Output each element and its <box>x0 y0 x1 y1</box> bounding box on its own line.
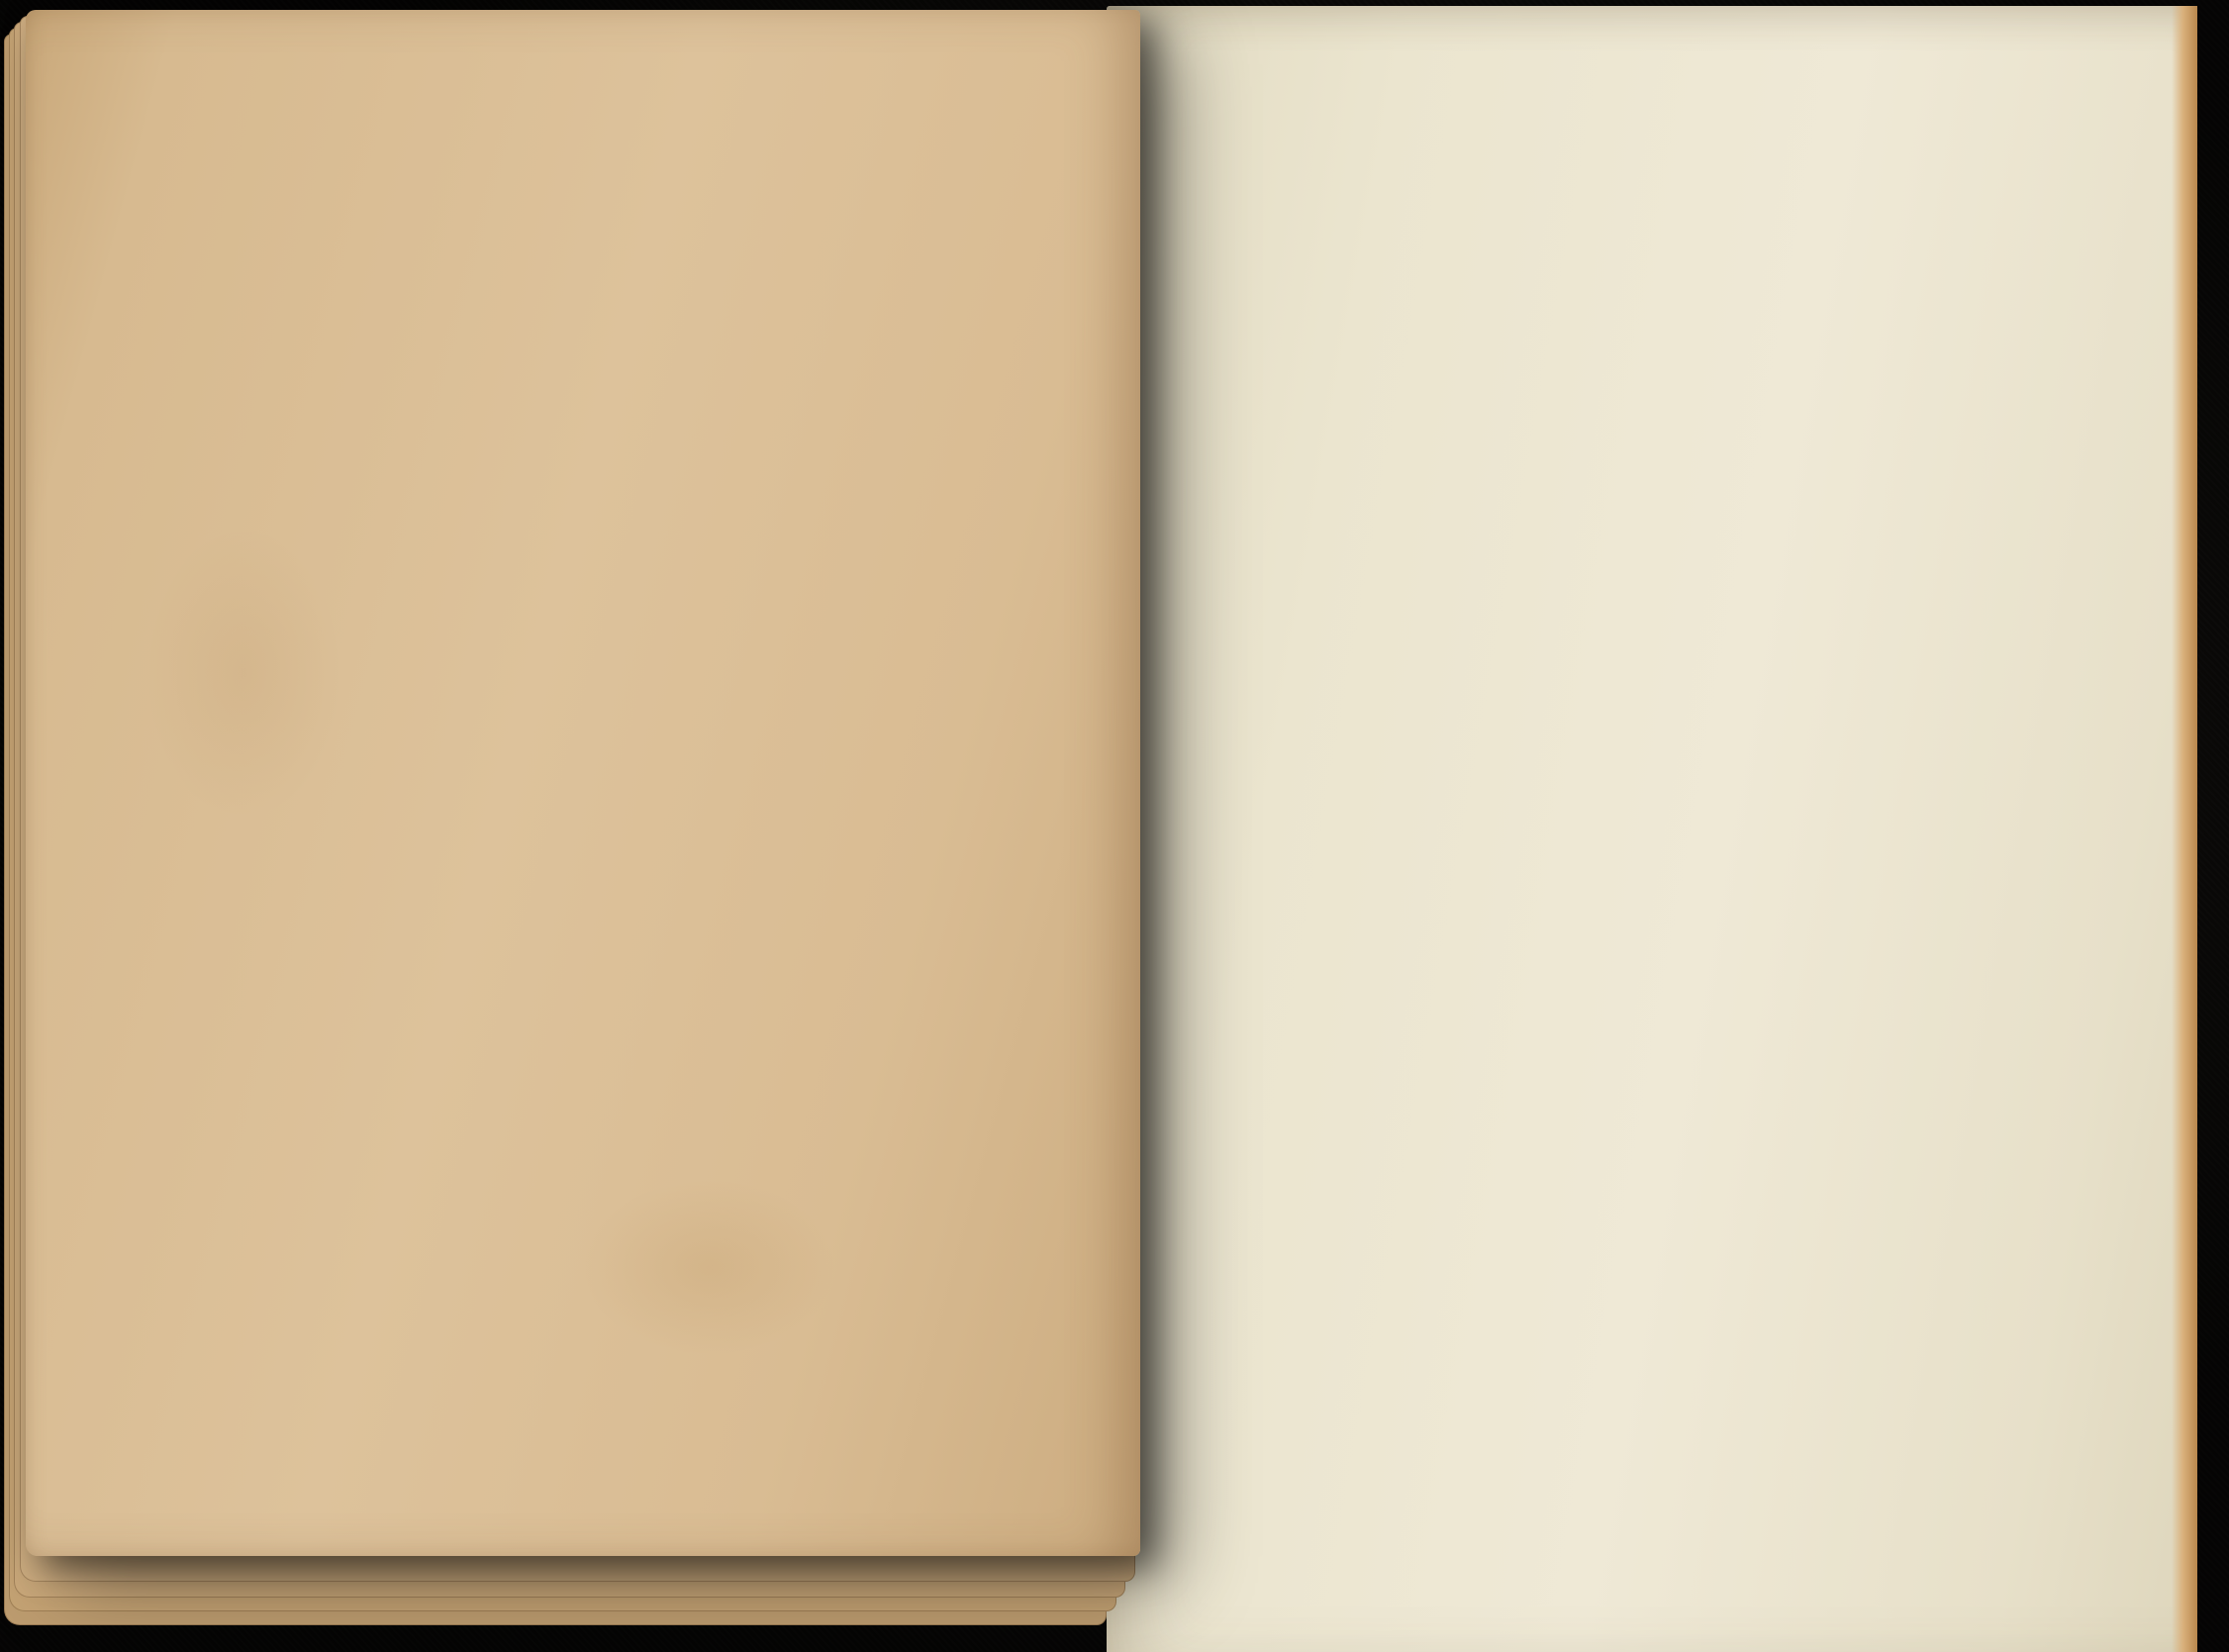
paper-stain <box>580 1178 837 1356</box>
catalog-page <box>26 10 1140 1556</box>
ledger-page <box>1107 6 2197 1652</box>
paper-stain <box>145 525 342 822</box>
book-scan: { "left_page": { "red_note": "Kupfer!", … <box>0 0 2229 1652</box>
